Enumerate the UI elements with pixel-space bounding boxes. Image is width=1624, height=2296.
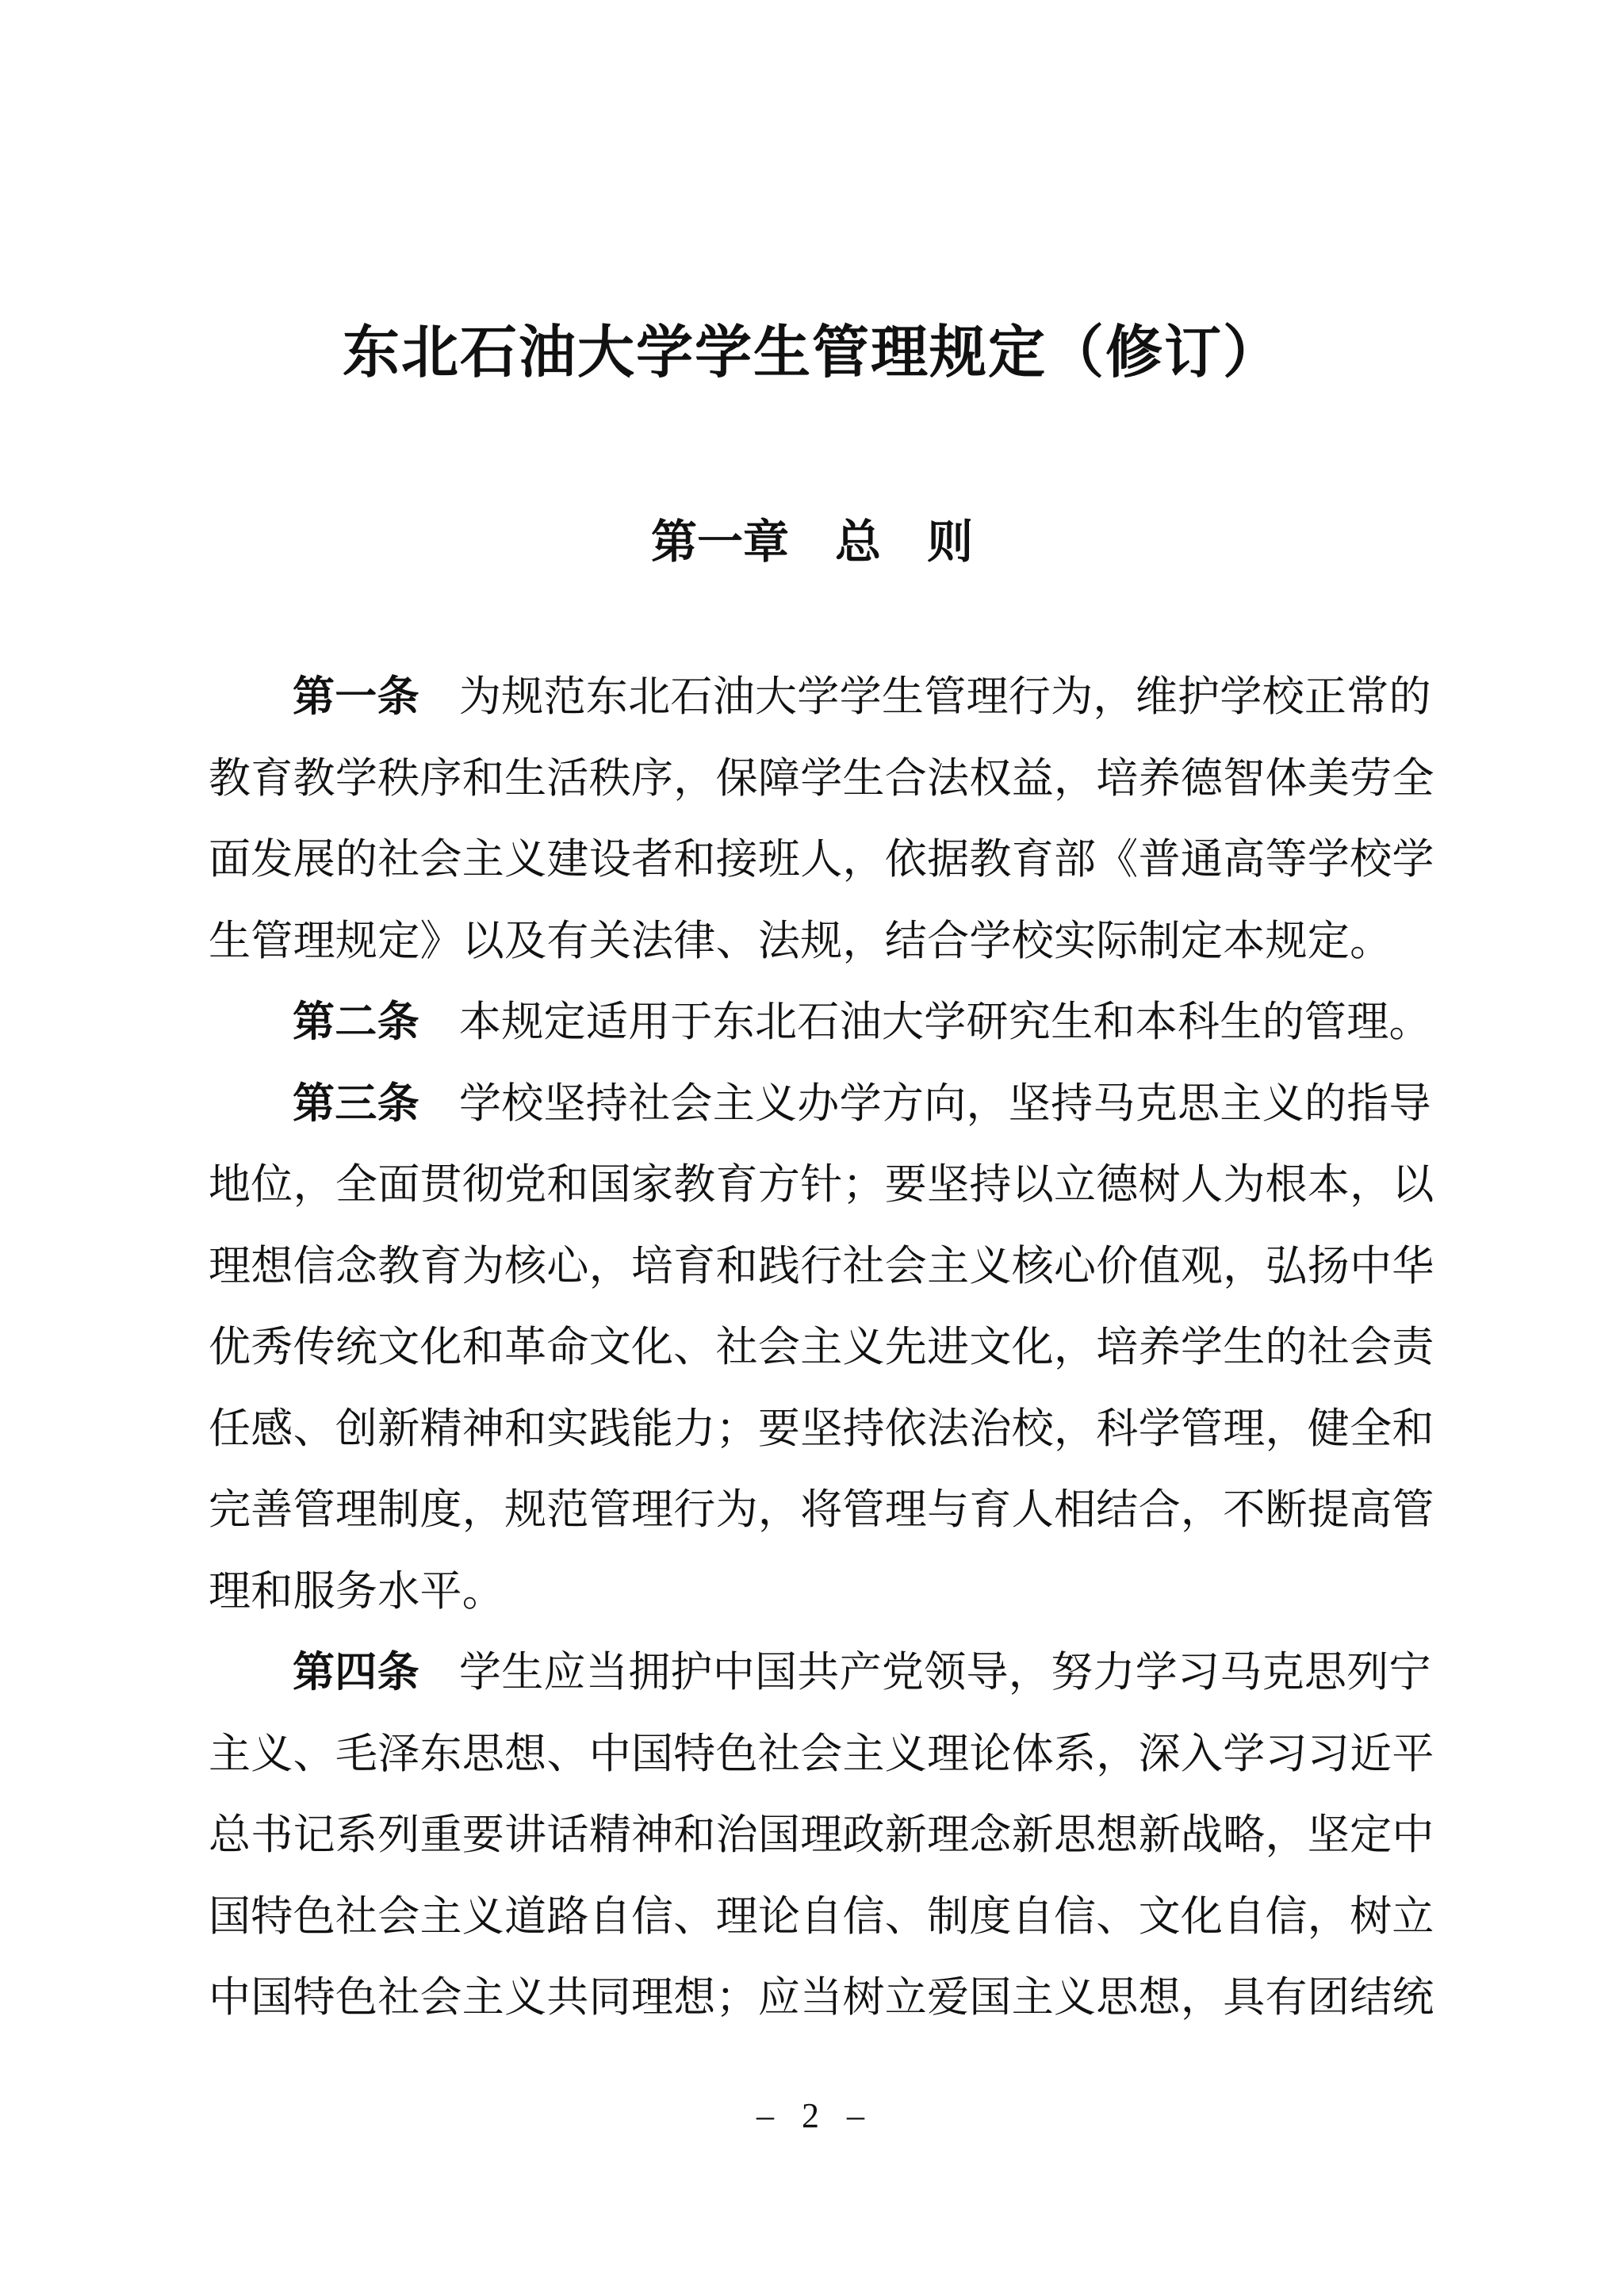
paragraph-first-line: 第三条学校坚持社会主义办学方向，坚持马克思主义的指导 <box>209 1064 1434 1145</box>
document-page: 东北石油大学学生管理规定（修订） 第一章 总 则 第一条为规范东北石油大学学生管… <box>0 0 1624 2296</box>
paragraph-text: 学生应当拥护中国共产党领导，努力学习马克思列宁 <box>459 1650 1431 1696</box>
paragraph-first-line: 第四条学生应当拥护中国共产党领导，努力学习马克思列宁 <box>209 1632 1434 1714</box>
paragraph-line: 理和服务水平。 <box>209 1551 1434 1633</box>
article-number: 第四条 <box>293 1649 419 1696</box>
paragraph-text: 本规定适用于东北石油大学研究生和本科生的管理。 <box>459 999 1431 1045</box>
paragraph-line: 教育教学秩序和生活秩序，保障学生合法权益，培养德智体美劳全 <box>209 738 1434 820</box>
document-body: 第一条为规范东北石油大学学生管理行为，维护学校正常的教育教学秩序和生活秩序，保障… <box>209 657 1434 2039</box>
paragraph-text: 学校坚持社会主义办学方向，坚持马克思主义的指导 <box>459 1081 1431 1127</box>
paragraph-first-line: 第二条本规定适用于东北石油大学研究生和本科生的管理。 <box>209 982 1434 1064</box>
paragraph-line: 面发展的社会主义建设者和接班人，依据教育部《普通高等学校学 <box>209 819 1434 901</box>
chapter-heading: 第一章 总 则 <box>0 517 1624 568</box>
paragraph-first-line: 第一条为规范东北石油大学学生管理行为，维护学校正常的 <box>209 657 1434 738</box>
paragraph-line: 生管理规定》以及有关法律、法规，结合学校实际制定本规定。 <box>209 901 1434 983</box>
paragraph-line: 总书记系列重要讲话精神和治国理政新理念新思想新战略，坚定中 <box>209 1795 1434 1876</box>
paragraph-line: 地位，全面贯彻党和国家教育方针；要坚持以立德树人为根本，以 <box>209 1144 1434 1226</box>
paragraph-line: 优秀传统文化和革命文化、社会主义先进文化，培养学生的社会责 <box>209 1307 1434 1389</box>
paragraph-line: 国特色社会主义道路自信、理论自信、制度自信、文化自信，树立 <box>209 1876 1434 1958</box>
paragraph-text: 为规范东北石油大学学生管理行为，维护学校正常的 <box>459 674 1431 720</box>
article-number: 第三条 <box>293 1080 419 1127</box>
paragraph-line: 完善管理制度，规范管理行为，将管理与育人相结合，不断提高管 <box>209 1470 1434 1551</box>
article-number: 第一条 <box>293 673 419 720</box>
document-title: 东北石油大学学生管理规定（修订） <box>0 322 1624 385</box>
page-number: – 2 – <box>0 2099 1624 2133</box>
article-number: 第二条 <box>293 999 419 1045</box>
paragraph-line: 中国特色社会主义共同理想；应当树立爱国主义思想，具有团结统 <box>209 1957 1434 2039</box>
paragraph-line: 任感、创新精神和实践能力；要坚持依法治校，科学管理，健全和 <box>209 1389 1434 1470</box>
paragraph-line: 理想信念教育为核心，培育和践行社会主义核心价值观，弘扬中华 <box>209 1226 1434 1308</box>
paragraph-line: 主义、毛泽东思想、中国特色社会主义理论体系，深入学习习近平 <box>209 1714 1434 1796</box>
